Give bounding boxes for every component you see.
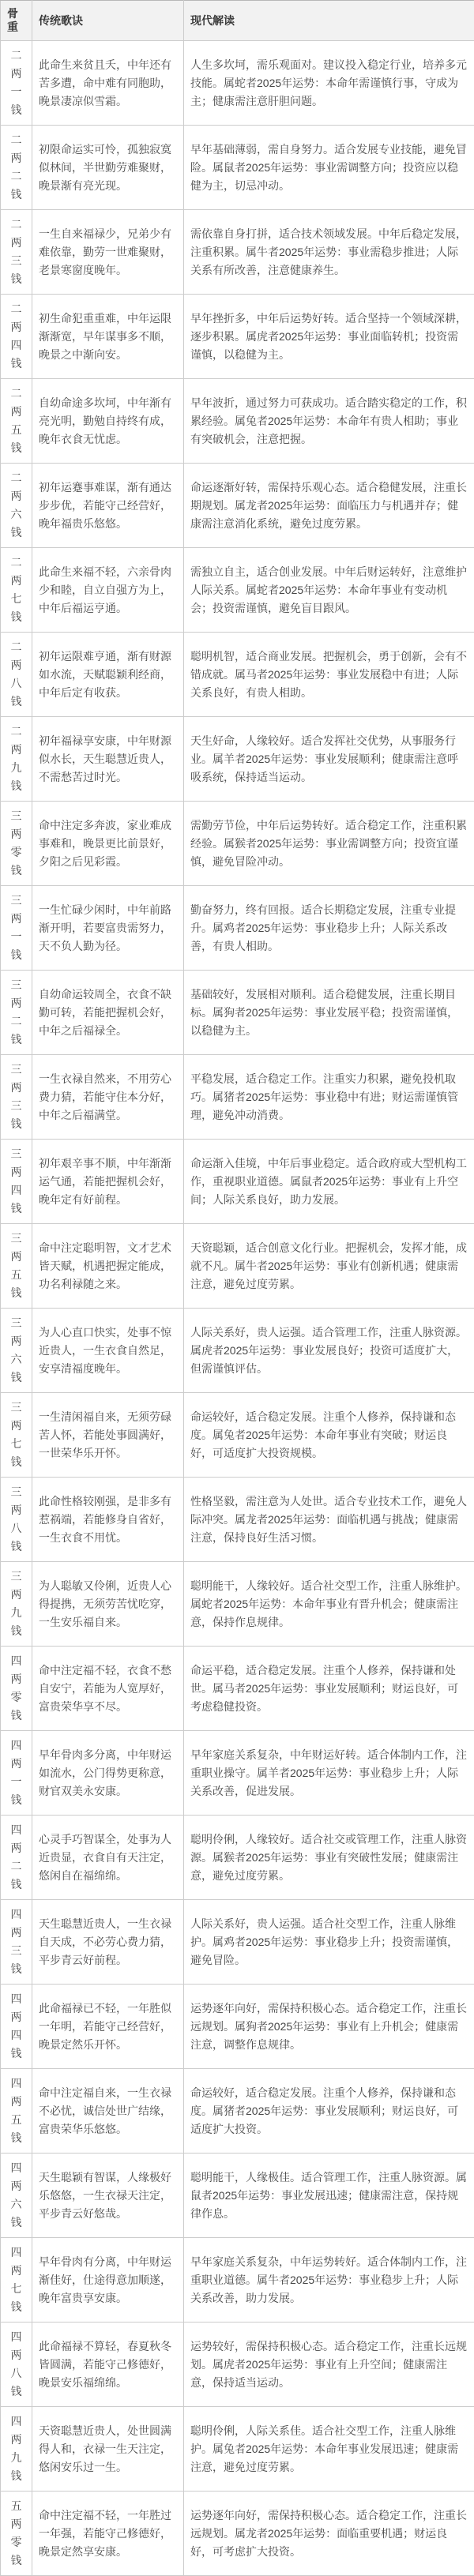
- table-row: 二两八钱初年运限难亨通，渐有财源如水流，天赋聪颖利经商，中年后定有收获。聪明机智…: [1, 633, 474, 717]
- interpretation-cell: 聪明能干，人缘极佳。适合管理工作，注重人脉资源。属鼠者2025年运势：事业发展迅…: [184, 2154, 474, 2238]
- weight-cell: 二两七钱: [1, 548, 32, 633]
- weight-cell: 三两八钱: [1, 1478, 32, 1562]
- weight-cell: 四两一钱: [1, 1731, 32, 1816]
- header-row: 骨重 传统歌诀 现代解读: [1, 1, 474, 41]
- weight-cell: 四两二钱: [1, 1816, 32, 1900]
- table-row: 四两零钱命中注定福不轻，衣食不愁自安宁，若能为人宽厚好，富贵荣华享不尽。命运平稳…: [1, 1647, 474, 1731]
- weight-cell: 二两一钱: [1, 41, 32, 126]
- table-row: 三两四钱初年艰辛事不顺，中年渐渐运气通，若能把握机会好，晚年定有好前程。命运渐入…: [1, 1140, 474, 1224]
- interpretation-cell: 早年家庭关系复杂，中年运势转好。适合体制内工作，注重职业道德。属牛者2025年运…: [184, 2238, 474, 2323]
- table-row: 三两五钱命中注定聪明智，文才艺术皆天赋，机遇把握定能成，功名利禄随之来。天资聪颖…: [1, 1224, 474, 1309]
- verse-cell: 天生聪慧近贵人，一生衣禄自天成，不必劳心费力猜，平步青云好前程。: [32, 1900, 184, 1985]
- weight-cell: 二两三钱: [1, 210, 32, 295]
- weight-cell: 四两九钱: [1, 2407, 32, 2492]
- verse-cell: 此命性格较刚强，是非多有惹祸端，若能修身自省好，一生衣食不用忧。: [32, 1478, 184, 1562]
- column-header-modern-interpretation: 现代解读: [184, 1, 474, 41]
- table-row: 二两七钱此命生来福不轻，六亲骨肉少和睦，自立自强方为上，中年后福运亨通。需独立自…: [1, 548, 474, 633]
- table-row: 五两零钱命中注定福不轻，一年胜过一年强，若能守己修德好，晚景定然享安康。运势逐年…: [1, 2492, 474, 2576]
- weight-cell: 二两八钱: [1, 633, 32, 717]
- interpretation-cell: 人际关系好，贵人运强。适合管理工作，注重人脉资源。属虎者2025年运势：事业发展…: [184, 1309, 474, 1393]
- interpretation-cell: 勤奋努力，终有回报。适合长期稳定发展，注重专业提升。属鸡者2025年运势：事业稳…: [184, 886, 474, 971]
- table-row: 二两三钱一生自来福禄少，兄弟少有难依靠，勤劳一世难聚财，老景寒窗度晚年。需依靠自…: [1, 210, 474, 295]
- verse-cell: 初年福禄享安康，中年财源似水长，天生聪慧近贵人，不需愁苦过时光。: [32, 717, 184, 802]
- interpretation-cell: 需勤劳节俭，中年后运势转好。适合稳定工作，注重积累经验。属猴者2025年运势：事…: [184, 802, 474, 886]
- table-row: 四两八钱此命福禄不算轻，春夏秋冬皆圆满，若能守己修德好，晚景安乐福绵绵。运势较好…: [1, 2323, 474, 2407]
- weight-cell: 四两八钱: [1, 2323, 32, 2407]
- weight-cell: 四两五钱: [1, 2069, 32, 2154]
- interpretation-cell: 聪明伶俐，人际关系佳。适合社交型工作，注重人脉维护。属兔者2025年运势：本命年…: [184, 2407, 474, 2492]
- verse-cell: 初生命犯重重难，中年运限渐渐宽，早年谋事多不顺，晚景之中渐向安。: [32, 295, 184, 379]
- table-row: 三两一钱一生忙碌少闲时，中年前路渐开明，若要富贵需努力，天不负人勤为径。勤奋努力…: [1, 886, 474, 971]
- table-row: 四两三钱天生聪慧近贵人，一生衣禄自天成，不必劳心费力猜，平步青云好前程。人际关系…: [1, 1900, 474, 1985]
- weight-cell: 二两四钱: [1, 295, 32, 379]
- verse-cell: 天资聪慧近贵人，处世圆满得人和，衣禄一生天注定，悠闲安乐过一生。: [32, 2407, 184, 2492]
- interpretation-cell: 运势逐年向好，需保持积极心态。适合稳定工作，注重长远规划。属狗者2025年运势：…: [184, 1985, 474, 2069]
- interpretation-cell: 基础较好，发展相对顺利。适合稳健发展，注重长期目标。属狗者2025年运势：事业发…: [184, 971, 474, 1055]
- interpretation-cell: 需依靠自身打拼，适合技术领域发展。中年后稳定发展，注重积累。属牛者2025年运势…: [184, 210, 474, 295]
- table-row: 四两一钱早年骨肉多分离，中年财运如流水，公门得势更称意，财官双美永安康。早年家庭…: [1, 1731, 474, 1816]
- verse-cell: 初年运蹇事难谋，渐有通达步步优，若能守己经营好，晚年福贵乐悠悠。: [32, 464, 184, 548]
- weight-cell: 三两零钱: [1, 802, 32, 886]
- table-row: 三两九钱为人聪敏又伶俐，近贵人心得提携，无须劳苦忧吃穿，一生安乐福自来。聪明能干…: [1, 1562, 474, 1647]
- table-row: 二两四钱初生命犯重重难，中年运限渐渐宽，早年谋事多不顺，晚景之中渐向安。早年挫折…: [1, 295, 474, 379]
- table-body: 二两一钱此命生来贫且夭，中年还有苦多遭，命中难有同胞助，晚景凄凉似雪霜。人生多坎…: [1, 41, 474, 2576]
- interpretation-cell: 天生好命，人缘较好。适合发挥社交优势，从事服务行业。属羊者2025年运势：事业发…: [184, 717, 474, 802]
- table-row: 二两一钱此命生来贫且夭，中年还有苦多遭，命中难有同胞助，晚景凄凉似雪霜。人生多坎…: [1, 41, 474, 126]
- verse-cell: 此命生来贫且夭，中年还有苦多遭，命中难有同胞助，晚景凄凉似雪霜。: [32, 41, 184, 126]
- verse-cell: 一生衣禄自然来，不用劳心费力猜，若能守住本分好，中年之后福满堂。: [32, 1055, 184, 1140]
- interpretation-cell: 需独立自主，适合创业发展。中年后财运转好，注意维护人际关系。属蛇者2025年运势…: [184, 548, 474, 633]
- interpretation-cell: 聪明伶俐，人缘较好。适合社交或管理工作，注重人脉资源。属猴者2025年运势：事业…: [184, 1816, 474, 1900]
- interpretation-cell: 聪明机智，适合商业发展。把握机会，勇于创新，会有不错成就。属马者2025年运势：…: [184, 633, 474, 717]
- weight-cell: 四两零钱: [1, 1647, 32, 1731]
- weight-cell: 三两七钱: [1, 1393, 32, 1478]
- weight-cell: 三两九钱: [1, 1562, 32, 1647]
- verse-cell: 此命福禄不算轻，春夏秋冬皆圆满，若能守己修德好，晚景安乐福绵绵。: [32, 2323, 184, 2407]
- weight-cell: 四两四钱: [1, 1985, 32, 2069]
- interpretation-cell: 早年波折，通过努力可获成功。适合踏实稳定的工作，积累经验。属兔者2025年运势：…: [184, 379, 474, 464]
- verse-cell: 此命生来福不轻，六亲骨肉少和睦，自立自强方为上，中年后福运亨通。: [32, 548, 184, 633]
- weight-cell: 五两零钱: [1, 2492, 32, 2576]
- table-header: 骨重 传统歌诀 现代解读: [1, 1, 474, 41]
- interpretation-cell: 人生多坎坷，需乐观面对。建议投入稳定行业，培养多元技能。属蛇者2025年运势：本…: [184, 41, 474, 126]
- verse-cell: 命中注定福不轻，衣食不愁自安宁，若能为人宽厚好，富贵荣华享不尽。: [32, 1647, 184, 1731]
- verse-cell: 命中注定聪明智，文才艺术皆天赋，机遇把握定能成，功名利禄随之来。: [32, 1224, 184, 1309]
- table-row: 四两五钱命中注定福自来，一生衣禄不必忧，诚信处世广结缘，富贵荣华乐悠悠。命运较好…: [1, 2069, 474, 2154]
- verse-cell: 此命福禄已不轻，一年胜似一年明，若能守己经营好，晚景定然乐开怀。: [32, 1985, 184, 2069]
- verse-cell: 早年骨肉有分离，中年财运渐佳好，仕途得意加顺遂，晚年富贵享安康。: [32, 2238, 184, 2323]
- table-row: 四两四钱此命福禄已不轻，一年胜似一年明，若能守己经营好，晚景定然乐开怀。运势逐年…: [1, 1985, 474, 2069]
- column-header-traditional-verse: 传统歌诀: [32, 1, 184, 41]
- interpretation-cell: 命运较好，适合稳定发展。注重个人修养，保持谦和态度。属兔者2025年运势：本命年…: [184, 1393, 474, 1478]
- interpretation-cell: 聪明能干，人缘较好。适合社交型工作，注重人脉维护。属蛇者2025年运势：本命年事…: [184, 1562, 474, 1647]
- table-row: 三两二钱自幼命运较周全，衣食不缺勤可转，若能把握机会好，中年之后福禄全。基础较好…: [1, 971, 474, 1055]
- verse-cell: 自幼命途多坎坷，中年渐有亮光明，勤勉自持终有成，晚年衣食无忧虑。: [32, 379, 184, 464]
- weight-cell: 三两四钱: [1, 1140, 32, 1224]
- table-row: 四两二钱心灵手巧智谋全，处事为人近贵显，衣食自有天注定，悠闲自在福绵绵。聪明伶俐…: [1, 1816, 474, 1900]
- interpretation-cell: 运势逐年向好，需保持积极心态。适合稳定工作，注重长远规划。属龙者2025年运势：…: [184, 2492, 474, 2576]
- interpretation-cell: 早年家庭关系复杂，中年财运好转。适合体制内工作，注重职业操守。属羊者2025年运…: [184, 1731, 474, 1816]
- weight-cell: 二两五钱: [1, 379, 32, 464]
- interpretation-cell: 早年基础薄弱，需自身努力。适合发展专业技能，避免冒险。属鼠者2025年运势：事业…: [184, 126, 474, 210]
- verse-cell: 为人聪敏又伶俐，近贵人心得提携，无须劳苦忧吃穿，一生安乐福自来。: [32, 1562, 184, 1647]
- weight-cell: 二两九钱: [1, 717, 32, 802]
- table-row: 二两六钱初年运蹇事难谋，渐有通达步步优，若能守己经营好，晚年福贵乐悠悠。命运逐渐…: [1, 464, 474, 548]
- verse-cell: 为人心直口快实，处事不惊近贵人，一生衣食自然足，安享清福度晚年。: [32, 1309, 184, 1393]
- verse-cell: 心灵手巧智谋全，处事为人近贵显，衣食自有天注定，悠闲自在福绵绵。: [32, 1816, 184, 1900]
- table-row: 四两六钱天生聪颖有智谋，人缘极好乐悠悠，一生衣禄天注定，平步青云好悠哉。聪明能干…: [1, 2154, 474, 2238]
- interpretation-cell: 人际关系好，贵人运强。适合社交型工作，注重人脉维护。属鸡者2025年运势：事业稳…: [184, 1900, 474, 1985]
- interpretation-cell: 运势较好，需保持积极心态。适合稳定工作，注重长远规划。属虎者2025年运势：事业…: [184, 2323, 474, 2407]
- table-row: 三两七钱一生清闲福自来，无须劳碌苦人怀，若能处事圆满好，一世荣华乐开怀。命运较好…: [1, 1393, 474, 1478]
- weight-cell: 三两二钱: [1, 971, 32, 1055]
- verse-cell: 初年运限难亨通，渐有财源如水流，天赋聪颖利经商，中年后定有收获。: [32, 633, 184, 717]
- interpretation-cell: 命运平稳，适合稳定发展。注重个人修养，保持谦和处世。属马者2025年运势：事业发…: [184, 1647, 474, 1731]
- table-row: 二两九钱初年福禄享安康，中年财源似水长，天生聪慧近贵人，不需愁苦过时光。天生好命…: [1, 717, 474, 802]
- interpretation-cell: 命运较好，适合稳定发展。注重个人修养，保持谦和态度。属猪者2025年运势：事业发…: [184, 2069, 474, 2154]
- table-row: 四两七钱早年骨肉有分离，中年财运渐佳好，仕途得意加顺遂，晚年富贵享安康。早年家庭…: [1, 2238, 474, 2323]
- weight-cell: 三两三钱: [1, 1055, 32, 1140]
- verse-cell: 初限命运实可怜，孤独寂寞似林间，半世勤劳难聚财，晚景渐有亮光现。: [32, 126, 184, 210]
- fortune-table-page: 骨重 传统歌诀 现代解读 二两一钱此命生来贫且夭，中年还有苦多遭，命中难有同胞助…: [0, 0, 474, 2576]
- verse-cell: 初年艰辛事不顺，中年渐渐运气通，若能把握机会好，晚年定有好前程。: [32, 1140, 184, 1224]
- table-row: 三两六钱为人心直口快实，处事不惊近贵人，一生衣食自然足，安享清福度晚年。人际关系…: [1, 1309, 474, 1393]
- weight-cell: 四两三钱: [1, 1900, 32, 1985]
- verse-cell: 一生忙碌少闲时，中年前路渐开明，若要富贵需努力，天不负人勤为径。: [32, 886, 184, 971]
- bone-weight-fortune-table: 骨重 传统歌诀 现代解读 二两一钱此命生来贫且夭，中年还有苦多遭，命中难有同胞助…: [0, 0, 474, 2576]
- verse-cell: 早年骨肉多分离，中年财运如流水，公门得势更称意，财官双美永安康。: [32, 1731, 184, 1816]
- verse-cell: 命中注定福不轻，一年胜过一年强，若能守己修德好，晚景定然享安康。: [32, 2492, 184, 2576]
- table-row: 三两零钱命中注定多奔波，家业难成事难和，晚景更比前景好，夕阳之后见彩霞。需勤劳节…: [1, 802, 474, 886]
- weight-cell: 三两五钱: [1, 1224, 32, 1309]
- table-row: 三两八钱此命性格较刚强，是非多有惹祸端，若能修身自省好，一生衣食不用忧。性格坚毅…: [1, 1478, 474, 1562]
- weight-cell: 二两二钱: [1, 126, 32, 210]
- column-header-bone-weight: 骨重: [1, 1, 32, 41]
- verse-cell: 一生自来福禄少，兄弟少有难依靠，勤劳一世难聚财，老景寒窗度晚年。: [32, 210, 184, 295]
- weight-cell: 三两六钱: [1, 1309, 32, 1393]
- verse-cell: 自幼命运较周全，衣食不缺勤可转，若能把握机会好，中年之后福禄全。: [32, 971, 184, 1055]
- weight-cell: 四两七钱: [1, 2238, 32, 2323]
- interpretation-cell: 早年挫折多，中年后运势好转。适合坚持一个领域深耕，逐步积累。属虎者2025年运势…: [184, 295, 474, 379]
- weight-cell: 二两六钱: [1, 464, 32, 548]
- verse-cell: 命中注定多奔波，家业难成事难和，晚景更比前景好，夕阳之后见彩霞。: [32, 802, 184, 886]
- table-row: 四两九钱天资聪慧近贵人，处世圆满得人和，衣禄一生天注定，悠闲安乐过一生。聪明伶俐…: [1, 2407, 474, 2492]
- verse-cell: 一生清闲福自来，无须劳碌苦人怀，若能处事圆满好，一世荣华乐开怀。: [32, 1393, 184, 1478]
- weight-cell: 三两一钱: [1, 886, 32, 971]
- table-row: 二两五钱自幼命途多坎坷，中年渐有亮光明，勤勉自持终有成，晚年衣食无忧虑。早年波折…: [1, 379, 474, 464]
- weight-cell: 四两六钱: [1, 2154, 32, 2238]
- interpretation-cell: 命运渐入佳境，中年后事业稳定。适合政府或大型机构工作，重视职业道德。属鼠者202…: [184, 1140, 474, 1224]
- interpretation-cell: 天资聪颖，适合创意文化行业。把握机会，发挥才能，成就不凡。属牛者2025年运势：…: [184, 1224, 474, 1309]
- interpretation-cell: 平稳发展，适合稳定工作。注重实力积累，避免投机取巧。属猪者2025年运势：事业稳…: [184, 1055, 474, 1140]
- table-row: 二两二钱初限命运实可怜，孤独寂寞似林间，半世勤劳难聚财，晚景渐有亮光现。早年基础…: [1, 126, 474, 210]
- table-row: 三两三钱一生衣禄自然来，不用劳心费力猜，若能守住本分好，中年之后福满堂。平稳发展…: [1, 1055, 474, 1140]
- interpretation-cell: 性格坚毅，需注意为人处世。适合专业技术工作，避免人际冲突。属龙者2025年运势：…: [184, 1478, 474, 1562]
- interpretation-cell: 命运逐渐好转，需保持乐观心态。适合稳健发展，注重长期规划。属龙者2025年运势：…: [184, 464, 474, 548]
- verse-cell: 命中注定福自来，一生衣禄不必忧，诚信处世广结缘，富贵荣华乐悠悠。: [32, 2069, 184, 2154]
- verse-cell: 天生聪颖有智谋，人缘极好乐悠悠，一生衣禄天注定，平步青云好悠哉。: [32, 2154, 184, 2238]
